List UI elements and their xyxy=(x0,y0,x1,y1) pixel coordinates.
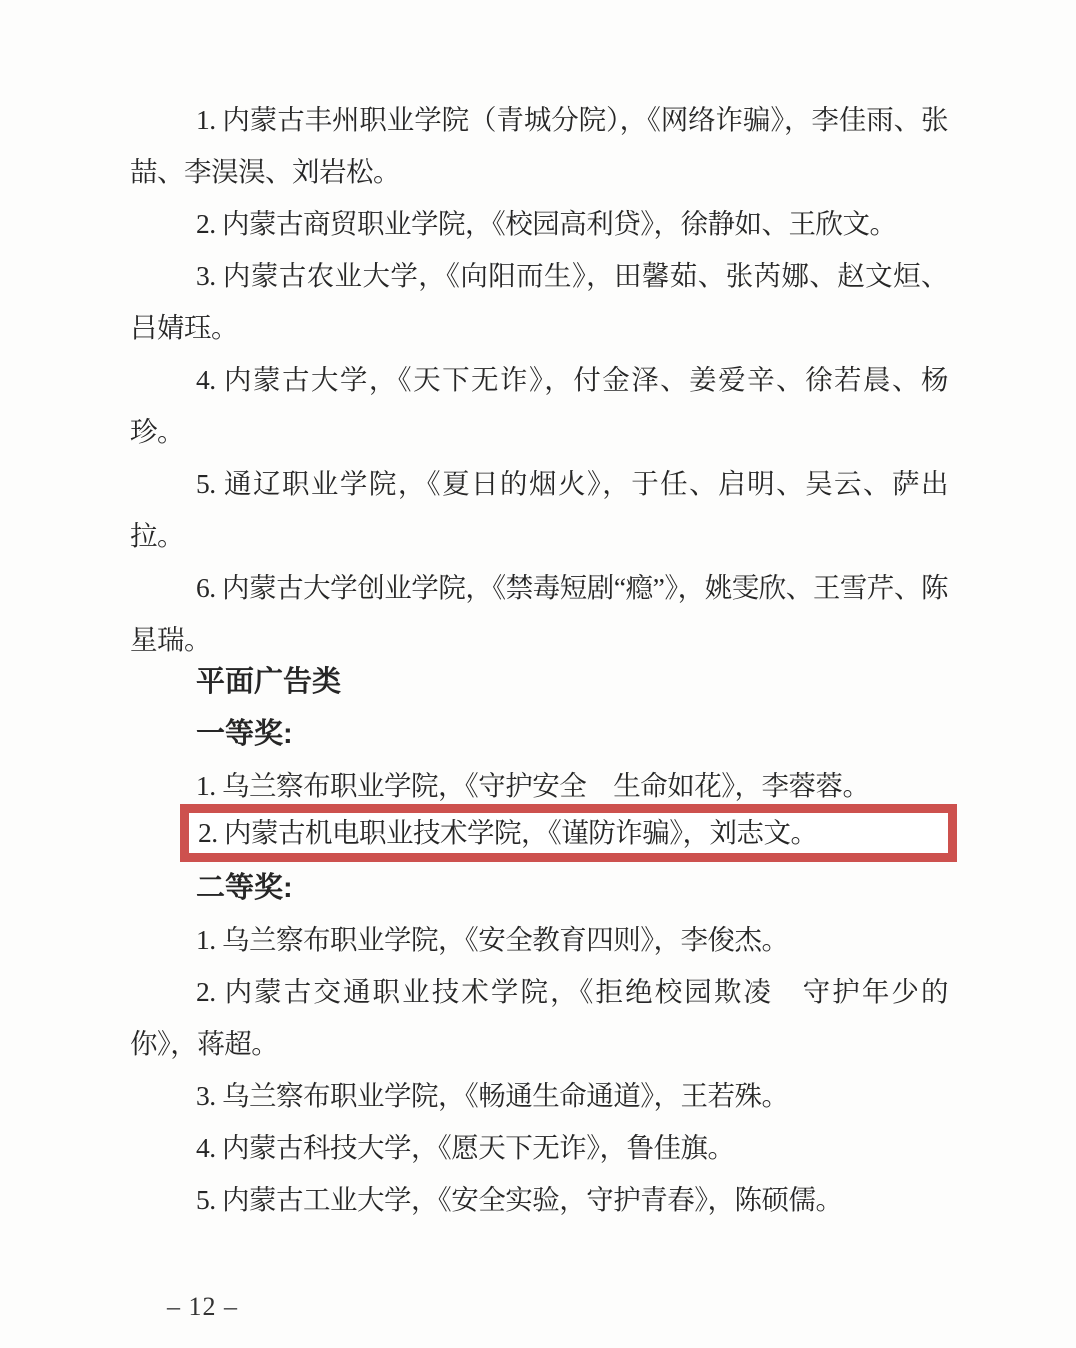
list-item: 1. 内蒙古丰州职业学院（青城分院），《网络诈骗》，李佳雨、张喆、李淏淏、刘岩松… xyxy=(130,94,948,198)
list-item: 6. 内蒙古大学创业学院，《禁毒短剧“瘾”》，姚雯欣、王雪芹、陈星瑞。 xyxy=(130,562,948,666)
section-heading-print-ad-category: 平面广告类 xyxy=(130,656,948,708)
page-number: – 12 – xyxy=(167,1292,238,1322)
subheading-second-prize: 二等奖: xyxy=(130,862,948,914)
list-item: 1. 乌兰察布职业学院，《安全教育四则》，李俊杰。 xyxy=(130,914,948,966)
subheading-first-prize: 一等奖: xyxy=(130,708,948,760)
list-item: 5. 内蒙古工业大学，《安全实验，守护青春》，陈硕儒。 xyxy=(130,1174,948,1226)
list-item: 3. 乌兰察布职业学院，《畅通生命通道》，王若殊。 xyxy=(130,1070,948,1122)
list-item: 4. 内蒙古大学，《天下无诈》，付金泽、姜爱辛、徐若晨、杨珍。 xyxy=(130,354,948,458)
list-item: 2. 内蒙古机电职业技术学院，《谨防诈骗》，刘志文。 xyxy=(189,813,948,853)
list-item: 1. 乌兰察布职业学院，《守护安全 生命如花》，李蓉蓉。 xyxy=(130,760,948,812)
list-item: 2. 内蒙古商贸职业学院，《校园高利贷》，徐静如、王欣文。 xyxy=(130,198,948,250)
document-page: 1. 内蒙古丰州职业学院（青城分院），《网络诈骗》，李佳雨、张喆、李淏淏、刘岩松… xyxy=(0,0,1076,1348)
list-item: 4. 内蒙古科技大学，《愿天下无诈》，鲁佳旗。 xyxy=(130,1122,948,1174)
award-winners-list: 1. 内蒙古丰州职业学院（青城分院），《网络诈骗》，李佳雨、张喆、李淏淏、刘岩松… xyxy=(130,94,948,666)
list-item: 2. 内蒙古交通职业技术学院，《拒绝校园欺凌 守护年少的你》，蒋超。 xyxy=(130,966,948,1070)
list-item: 3. 内蒙古农业大学，《向阳而生》，田馨茹、张芮娜、赵文烜、吕婧珏。 xyxy=(130,250,948,354)
list-item: 5. 通辽职业学院，《夏日的烟火》，于任、启明、吴云、萨出拉。 xyxy=(130,458,948,562)
document-content: 1. 内蒙古丰州职业学院（青城分院），《网络诈骗》，李佳雨、张喆、李淏淏、刘岩松… xyxy=(130,94,948,1226)
highlight-box: 2. 内蒙古机电职业技术学院，《谨防诈骗》，刘志文。 xyxy=(180,804,957,862)
prize-subsections: 一等奖:1. 乌兰察布职业学院，《守护安全 生命如花》，李蓉蓉。2. 内蒙古机电… xyxy=(130,708,948,1226)
